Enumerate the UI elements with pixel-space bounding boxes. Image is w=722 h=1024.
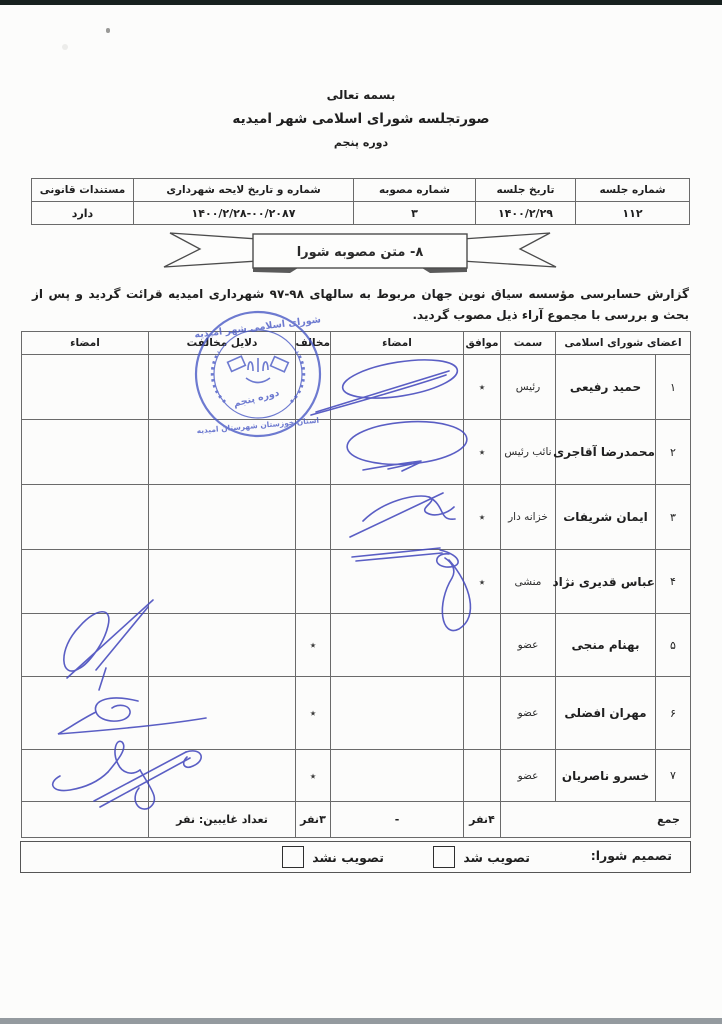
approved-label: تصویب شد [463, 850, 530, 865]
signature-oppose-cell [21, 614, 148, 677]
member-name: مهران افضلی [555, 677, 655, 750]
agree-mark: ٭ [463, 485, 500, 550]
scan-speck [62, 44, 68, 50]
member-position: رئیس [500, 355, 555, 420]
legal-docs-value: دارد [32, 202, 134, 225]
banner-right-tail [462, 233, 556, 267]
signature-oppose-header: امضاء [21, 332, 148, 355]
row-number: ۲ [656, 420, 691, 485]
oppose-header: مخالف [295, 332, 330, 355]
agree-mark [463, 677, 500, 750]
banner-left-fold [253, 268, 298, 273]
row-number: ۱ [656, 355, 691, 420]
bill-number-date-value: ۱۴۰۰/۲/۲۸-۰۰/۲۰۸۷ [134, 202, 354, 225]
resolution-text: گزارش حسابرسی مؤسسه سیاق نوین جهان مربوط… [32, 284, 689, 326]
scan-artifact-bottom [0, 1018, 722, 1024]
agree-mark [463, 750, 500, 802]
session-number-value: ۱۱۲ [576, 202, 690, 225]
decision-label: تصمیم شورا: [591, 848, 672, 863]
signature-agree-cell [330, 355, 463, 420]
totals-empty-cell [21, 802, 148, 838]
info-value-row: ۱۱۲ ۱۴۰۰/۲/۲۹ ۳ ۱۴۰۰/۲/۲۸-۰۰/۲۰۸۷ دارد [32, 202, 690, 225]
banner-right-fold [422, 268, 467, 273]
oppose-mark: ٭ [295, 614, 330, 677]
member-name: محمدرضا آقاجری [555, 420, 655, 485]
row-number: ۴ [656, 550, 691, 614]
banner-title: ۸- متن مصوبه شورا [297, 245, 424, 260]
agree-header: موافق [463, 332, 500, 355]
oppose-reason-cell [148, 550, 295, 614]
member-position: نائب رئیس [500, 420, 555, 485]
row-number: ۳ [656, 485, 691, 550]
position-header: سمت [500, 332, 555, 355]
session-date-value: ۱۴۰۰/۲/۲۹ [476, 202, 576, 225]
member-position: منشی [500, 550, 555, 614]
resolution-number-value: ۳ [354, 202, 476, 225]
session-date-label: تاریخ جلسه [476, 179, 576, 202]
signature-oppose-cell [21, 750, 148, 802]
agree-mark: ٭ [463, 355, 500, 420]
oppose-mark: ٭ [295, 677, 330, 750]
oppose-mark [295, 550, 330, 614]
member-row: ۲ محمدرضا آقاجری نائب رئیس ٭ [21, 420, 690, 485]
signature-total-dash: - [330, 802, 463, 838]
agree-mark: ٭ [463, 420, 500, 485]
oppose-mark [295, 420, 330, 485]
bill-number-date-label: شماره و تاریخ لایحه شهرداری [134, 179, 354, 202]
member-row: ۴ عباس قدیری نژاد منشی ٭ [21, 550, 690, 614]
member-position: خزانه دار [500, 485, 555, 550]
signature-agree-cell [330, 614, 463, 677]
oppose-reasons-header: دلایل مخالفت [148, 332, 295, 355]
oppose-mark [295, 485, 330, 550]
member-name: ایمان شریفات [555, 485, 655, 550]
signature-agree-cell [330, 677, 463, 750]
member-row: ۵ بهنام منجی عضو ٭ [21, 614, 690, 677]
member-row: ۶ مهران افضلی عضو ٭ [21, 677, 690, 750]
signature-agree-header: امضاء [330, 332, 463, 355]
resolution-banner: ۸- متن مصوبه شورا [140, 228, 580, 278]
vote-table: اعضای شورای اسلامی سمت موافق امضاء مخالف… [21, 331, 691, 838]
signature-oppose-cell [21, 420, 148, 485]
absents-label: تعداد غایبین: نفر [148, 802, 295, 838]
totals-label: جمع [500, 802, 690, 838]
signature-oppose-cell [21, 355, 148, 420]
oppose-reason-cell [148, 677, 295, 750]
signature-agree-cell [330, 550, 463, 614]
oppose-reason-cell [148, 750, 295, 802]
row-number: ۷ [656, 750, 691, 802]
signature-agree-cell [330, 420, 463, 485]
scanned-document-page: بسمه تعالی صورتجلسه شورای اسلامی شهر امی… [0, 0, 722, 1024]
council-term: دوره پنجم [0, 136, 722, 149]
scan-speck [106, 28, 110, 33]
agree-mark [463, 614, 500, 677]
row-number: ۶ [656, 677, 691, 750]
agree-total: ۴نفر [463, 802, 500, 838]
scan-artifact-top [0, 0, 722, 5]
oppose-total: ۳نفر [295, 802, 330, 838]
signature-oppose-cell [21, 550, 148, 614]
member-row: ۷ خسرو ناصریان عضو ٭ [21, 750, 690, 802]
oppose-reason-cell [148, 614, 295, 677]
agree-mark: ٭ [463, 550, 500, 614]
signature-oppose-cell [21, 677, 148, 750]
member-row: ۱ حمید رفیعی رئیس ٭ [21, 355, 690, 420]
oppose-reason-cell [148, 420, 295, 485]
council-decision-strip: تصمیم شورا: تصویب شد تصویب نشد [20, 841, 691, 873]
member-position: عضو [500, 614, 555, 677]
signature-agree-cell [330, 485, 463, 550]
legal-docs-label: مستندات قانونی [32, 179, 134, 202]
bismillah-heading: بسمه تعالی [0, 88, 722, 102]
vote-table-header: اعضای شورای اسلامی سمت موافق امضاء مخالف… [21, 332, 690, 355]
not-approved-option: تصویب نشد [282, 846, 384, 868]
oppose-mark [295, 355, 330, 420]
document-title: صورتجلسه شورای اسلامی شهر امیدیه [0, 111, 722, 127]
approved-checkbox[interactable] [433, 846, 455, 868]
signature-agree-cell [330, 750, 463, 802]
info-header-row: شماره جلسه تاریخ جلسه شماره مصوبه شماره … [32, 179, 690, 202]
member-row: ۳ ایمان شریفات خزانه دار ٭ [21, 485, 690, 550]
totals-row: جمع ۴نفر - ۳نفر تعداد غایبین: نفر [21, 802, 690, 838]
not-approved-checkbox[interactable] [282, 846, 304, 868]
member-position: عضو [500, 677, 555, 750]
member-name: خسرو ناصریان [555, 750, 655, 802]
banner-left-tail [164, 233, 258, 267]
member-position: عضو [500, 750, 555, 802]
oppose-reason-cell [148, 355, 295, 420]
members-header: اعضای شورای اسلامی [555, 332, 690, 355]
session-info-table: شماره جلسه تاریخ جلسه شماره مصوبه شماره … [31, 178, 690, 225]
approved-option: تصویب شد [433, 846, 530, 868]
oppose-mark: ٭ [295, 750, 330, 802]
member-name: عباس قدیری نژاد [555, 550, 655, 614]
resolution-number-label: شماره مصوبه [354, 179, 476, 202]
not-approved-label: تصویب نشد [312, 850, 384, 865]
session-number-label: شماره جلسه [576, 179, 690, 202]
member-name: حمید رفیعی [555, 355, 655, 420]
oppose-reason-cell [148, 485, 295, 550]
signature-oppose-cell [21, 485, 148, 550]
member-name: بهنام منجی [555, 614, 655, 677]
row-number: ۵ [656, 614, 691, 677]
